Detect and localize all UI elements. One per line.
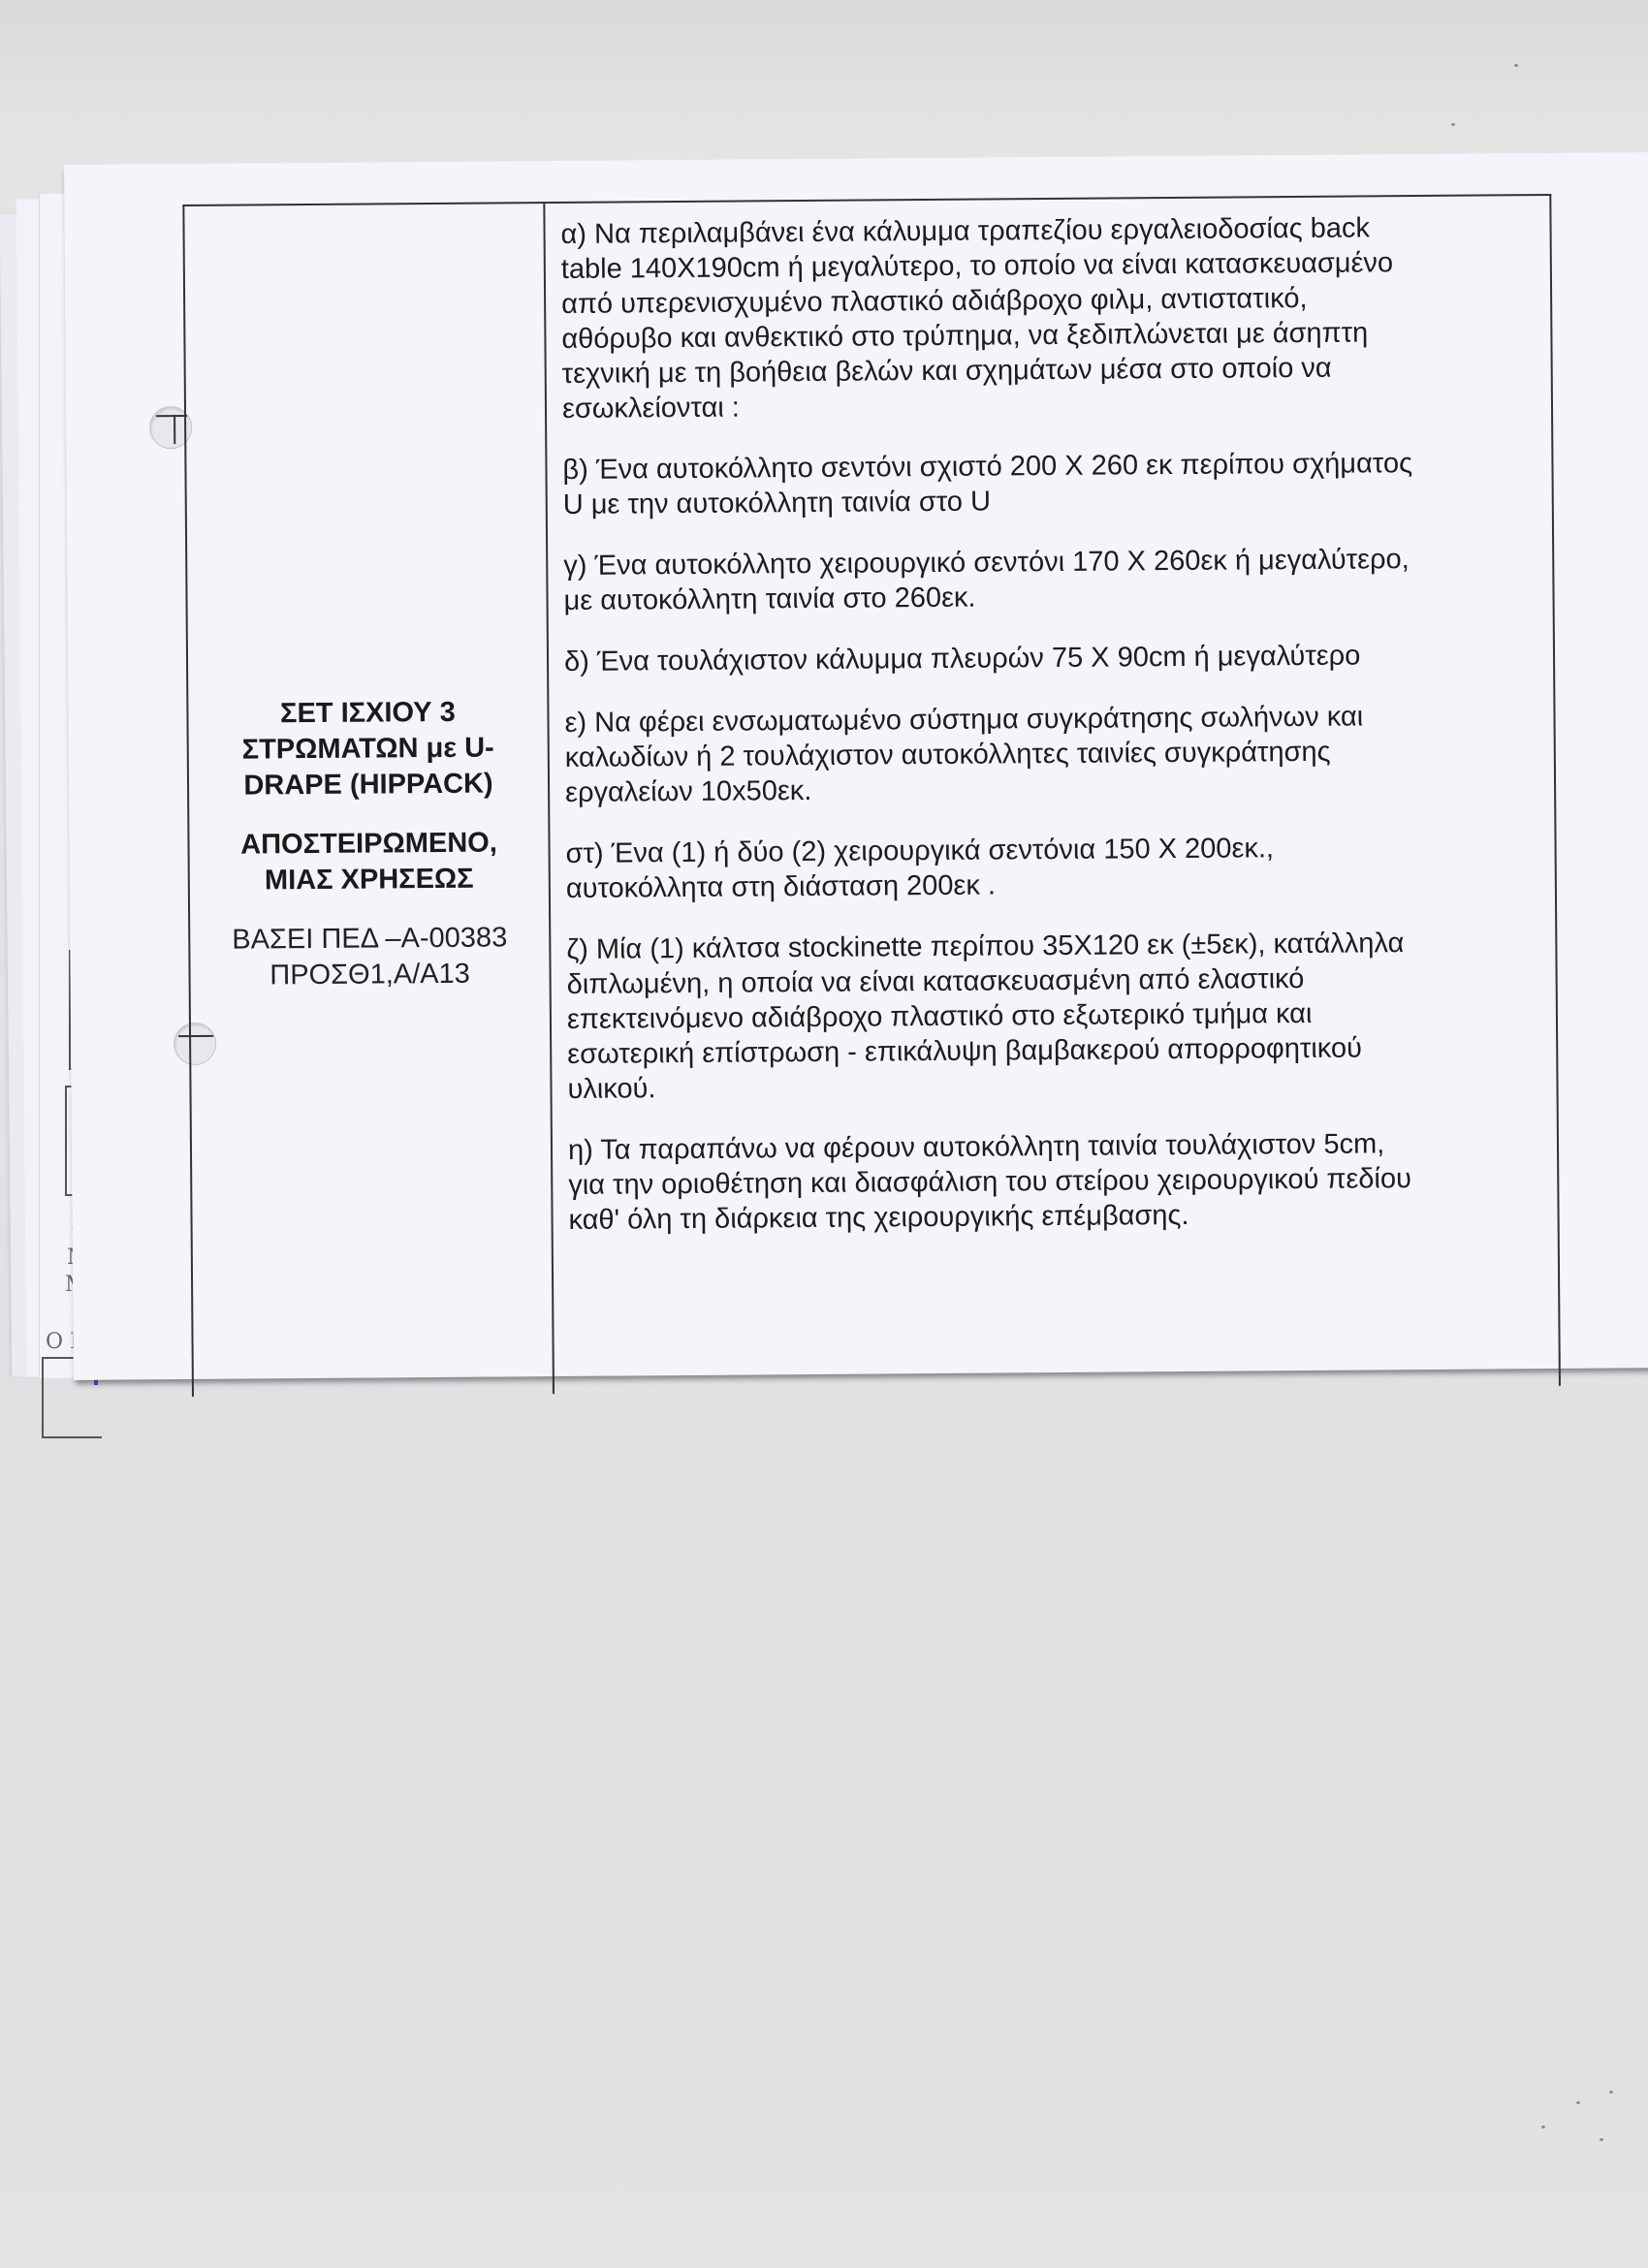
spec-line: εργαλείων 10x50εκ. [565,768,1531,810]
spec-item-z: ζ) Μία (1) κάλτσα stockinette περίπου 35… [566,925,1533,1107]
item-reference-line: ΠΡΟΣΘ1,Α/Α13 [232,956,507,993]
specifications-cell: α) Να περιλαμβάνει ένα κάλυμμα τραπεζίου… [545,196,1559,1394]
spec-line: U με την αυτοκόλλητη ταινία στο U [563,480,1529,522]
spec-line: με αυτοκόλλητη ταινία στο 260εκ. [563,576,1529,618]
item-subtitle-line: ΑΠΟΣΤΕΙΡΩΜΕΝΟ, [240,825,497,863]
spec-line: αυτοκόλλητα στη διάσταση 200εκ . [566,864,1532,906]
spec-line: εσωκλείονται : [562,384,1528,426]
item-title-line: DRAPE (HIPPACK) [242,766,494,803]
spec-line: δ) Ένα τουλάχιστον κάλυμμα πλευρών 75 Χ … [564,637,1530,679]
spec-item-e: ε) Να φέρει ενσωματωμένο σύστημα συγκράτ… [564,698,1531,810]
spec-item-c: γ) Ένα αυτοκόλλητο χειρουργικό σεντόνι 1… [563,541,1530,618]
item-cell: ΣΕΤ ΙΣΧΙΟΥ 3 ΣΤΡΩΜΑΤΩΝ με U- DRAPE (HIPP… [184,204,555,1397]
item-title-line: ΣΤΡΩΜΑΤΩΝ με U- [242,730,494,768]
item-title-line: ΣΕΤ ΙΣΧΙΟΥ 3 [241,694,493,732]
scan-artifact [1514,64,1518,67]
scan-artifact [1451,123,1455,126]
spec-line: καθ' όλη τη διάρκεια της χειρουργικής επ… [568,1195,1534,1238]
item-title: ΣΕΤ ΙΣΧΙΟΥ 3 ΣΤΡΩΜΑΤΩΝ με U- DRAPE (HIPP… [241,694,494,803]
document-page: ΣΕΤ ΙΣΧΙΟΥ 3 ΣΤΡΩΜΑΤΩΝ με U- DRAPE (HIPP… [64,152,1648,1380]
spec-item-d: δ) Ένα τουλάχιστον κάλυμμα πλευρών 75 Χ … [564,637,1530,679]
item-reference-line: ΒΑΣΕΙ ΠΕΔ –Α-00383 [232,920,507,958]
spec-item-a: α) Να περιλαμβάνει ένα κάλυμμα τραπεζίου… [560,209,1528,426]
item-subtitle: ΑΠΟΣΤΕΙΡΩΜΕΝΟ, ΜΙΑΣ ΧΡΗΣΕΩΣ [240,825,497,898]
spec-item-st: στ) Ένα (1) ή δύο (2) χειρουργικά σεντόν… [565,829,1532,906]
specification-table: ΣΕΤ ΙΣΧΙΟΥ 3 ΣΤΡΩΜΑΤΩΝ με U- DRAPE (HIPP… [182,194,1561,1397]
scan-artifact [1541,2126,1545,2128]
item-reference: ΒΑΣΕΙ ΠΕΔ –Α-00383 ΠΡΟΣΘ1,Α/Α13 [232,920,508,993]
scan-artifact [1600,2138,1603,2141]
item-subtitle-line: ΜΙΑΣ ΧΡΗΣΕΩΣ [240,861,497,898]
spec-item-b: β) Ένα αυτοκόλλητο σεντόνι σχιστό 200 Χ … [562,445,1529,522]
spec-item-h: η) Τα παραπάνω να φέρουν αυτοκόλλητη ται… [568,1125,1535,1238]
scan-artifact [1609,2091,1613,2094]
scan-artifact [1576,2101,1580,2104]
